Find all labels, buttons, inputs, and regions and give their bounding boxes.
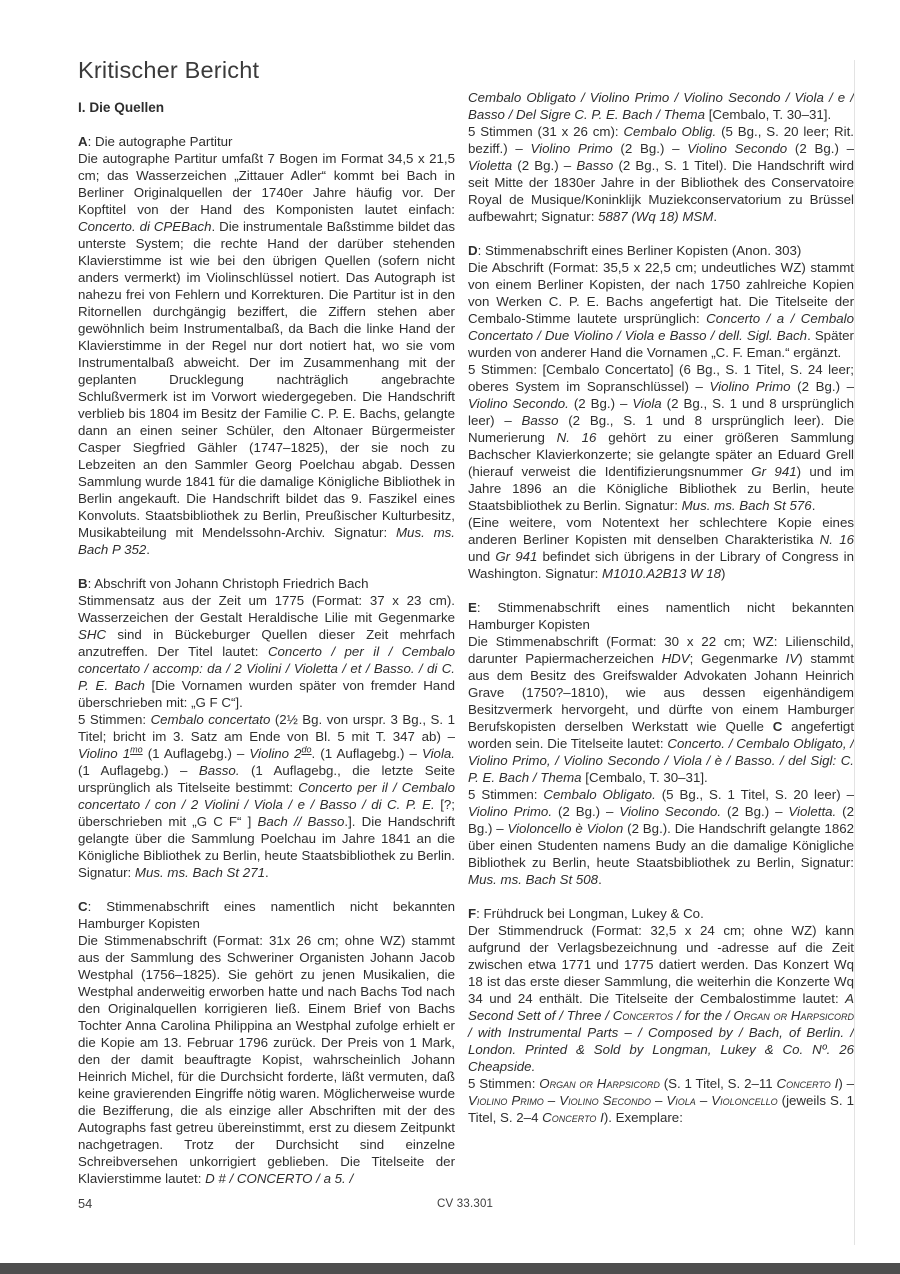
text-run: Violino Secondo. — [468, 396, 569, 411]
text-run: / for the / — [673, 1008, 733, 1023]
page-number: 54 — [78, 1196, 92, 1211]
text-run: Violino Primo — [710, 379, 791, 394]
text-run: mo — [130, 745, 143, 755]
text-run: Concerto I — [542, 1110, 604, 1125]
text-run: Basso — [576, 158, 613, 173]
text-run: Viola — [632, 396, 661, 411]
text-run: : Frühdruck bei Longman, Lukey & Co. — [476, 906, 704, 921]
text-run: Die autographe Partitur umfaßt 7 Bogen i… — [78, 151, 455, 217]
page-edge-scan-line — [854, 60, 855, 1245]
text-run: A — [78, 134, 88, 149]
text-run: Violino Secondo — [687, 141, 787, 156]
text-run: 5 Stimmen: — [468, 1076, 539, 1091]
text-run: Basso — [522, 413, 559, 428]
right-column: Cembalo Obligato / Violino Primo / Violi… — [468, 89, 854, 1126]
text-run: Violoncello è Violon — [507, 821, 623, 836]
text-run: (2 Bg.) – — [613, 141, 688, 156]
text-run: Organ or Harpsicord — [733, 1008, 854, 1023]
text-run: Violoncello — [711, 1093, 777, 1108]
text-run: Concerto. di CPEBach — [78, 219, 211, 234]
text-run: (2 Bg.) – — [512, 158, 576, 173]
text-run: Cembalo Oblig. — [623, 124, 716, 139]
right-column-blocks: Cembalo Obligato / Violino Primo / Violi… — [468, 89, 854, 1126]
text-run: N. 16 — [820, 532, 854, 547]
text-run: (2 Bg.) – — [721, 804, 788, 819]
text-run: (1 Auflagebg.) – — [143, 746, 250, 761]
source-block: F: Frühdruck bei Longman, Lukey & Co.Der… — [468, 905, 854, 1126]
text-run: C — [78, 899, 88, 914]
text-run: 5 Stimmen: — [468, 787, 543, 802]
source-block: A: Die autographe PartiturDie autographe… — [78, 133, 455, 558]
text-run: Concerto I — [777, 1076, 839, 1091]
text-run: SHC — [78, 627, 106, 642]
text-run: : Die autographe Partitur — [88, 134, 233, 149]
text-run: : Stimmenabschrift eines Berliner Kopist… — [478, 243, 802, 258]
text-run: 5 Stimmen (31 x 26 cm): — [468, 124, 623, 139]
text-run: Mus. ms. Bach St 271 — [135, 865, 265, 880]
source-block: Cembalo Obligato / Violino Primo / Violi… — [468, 89, 854, 225]
section-heading-quellen: I. Die Quellen — [78, 99, 455, 116]
text-run: (Eine weitere, vom Notentext her schlech… — [468, 515, 854, 547]
text-run: : Stimmenabschrift eines namentlich nich… — [468, 600, 854, 632]
left-column-blocks: A: Die autographe PartiturDie autographe… — [78, 133, 455, 1187]
text-run: Viola — [666, 1093, 695, 1108]
text-run: D — [468, 243, 478, 258]
text-run: (2 Bg.) – — [791, 379, 854, 394]
text-run: . (1 Auflagebg.) – — [312, 746, 422, 761]
text-run: Violino 2 — [249, 746, 301, 761]
page-title: Kritischer Bericht — [78, 56, 455, 84]
text-run: ) — [721, 566, 725, 581]
edition-number: CV 33.301 — [437, 1198, 493, 1210]
text-run: (1 Auflagebg.) – — [78, 763, 199, 778]
text-run: Der Stimmendruck (Format: 32,5 x 24 cm; … — [468, 923, 854, 1006]
text-run: Cembalo Obligato. — [543, 787, 655, 802]
text-run: Violino Primo — [468, 1093, 544, 1108]
source-block: E: Stimmenabschrift eines namentlich nic… — [468, 599, 854, 888]
text-run: F — [468, 906, 476, 921]
text-run: do — [302, 745, 312, 755]
text-run: . — [812, 498, 816, 513]
text-run: ) – — [838, 1076, 854, 1091]
text-run: Violino Secondo — [559, 1093, 651, 1108]
text-run: (2 Bg.) – — [569, 396, 633, 411]
text-run: M1010.A2B13 W 18 — [602, 566, 721, 581]
text-run: B — [78, 576, 88, 591]
text-run: : Stimmenabschrift eines namentlich nich… — [78, 899, 455, 931]
text-run: C — [773, 719, 783, 734]
source-block: D: Stimmenabschrift eines Berliner Kopis… — [468, 242, 854, 582]
text-run: : Abschrift von Johann Christoph Friedri… — [88, 576, 369, 591]
text-run: Mus. ms. Bach St 576 — [682, 498, 812, 513]
text-run: Cembalo concertato — [151, 712, 271, 727]
text-run: Mus. ms. Bach St 508 — [468, 872, 598, 887]
text-run: Bach // Basso — [257, 814, 344, 829]
text-run: Violetta — [468, 158, 512, 173]
text-run: Violetta. — [788, 804, 836, 819]
text-run: ; Gegenmarke — [690, 651, 786, 666]
text-run: [Cembalo, T. 30–31]. — [582, 770, 708, 785]
source-block: C: Stimmenabschrift eines namentlich nic… — [78, 898, 455, 1187]
text-run: Violino Primo — [531, 141, 613, 156]
text-run: / with Instrumental Parts – / Composed b… — [468, 1025, 854, 1074]
text-run: Violino 1 — [78, 746, 130, 761]
text-run: HDV — [662, 651, 690, 666]
text-run: Stimmensatz aus der Zeit um 1775 (Format… — [78, 593, 455, 625]
text-run: Gr 941 — [495, 549, 537, 564]
text-run: IV — [786, 651, 799, 666]
text-run: . — [713, 209, 717, 224]
text-run: Viola. — [422, 746, 455, 761]
text-run: Gr 941 — [751, 464, 796, 479]
text-run: 5887 (Wq 18) MSM — [598, 209, 713, 224]
bottom-scan-bar — [0, 1263, 900, 1274]
text-run: (2 Bg.) – — [552, 804, 619, 819]
text-run: . — [265, 865, 269, 880]
source-block: B: Abschrift von Johann Christoph Friedr… — [78, 575, 455, 881]
text-run: ). Exemplare: — [604, 1110, 683, 1125]
left-column: Kritischer Bericht I. Die Quellen A: Die… — [78, 56, 455, 1187]
text-run: Concertos — [613, 1008, 673, 1023]
text-run: Basso. — [199, 763, 240, 778]
text-run: . — [598, 872, 602, 887]
text-run: (5 Bg., S. 1 Titel, S. 20 leer) – — [656, 787, 854, 802]
text-run: . Die instrumentale Baßstimme bildet das… — [78, 219, 455, 540]
text-run: N. 16 — [557, 430, 597, 445]
text-run: . — [146, 542, 150, 557]
text-run: (S. 1 Titel, S. 2–11 — [660, 1076, 777, 1091]
text-run: (2 Bg.) – — [787, 141, 854, 156]
text-run: – — [696, 1093, 711, 1108]
text-run: [Cembalo, T. 30–31]. — [705, 107, 831, 122]
text-run: Organ or Harpsicord — [539, 1076, 660, 1091]
text-run: Violino Primo. — [468, 804, 552, 819]
text-run: Violino Secondo. — [619, 804, 721, 819]
document-page: Kritischer Bericht I. Die Quellen A: Die… — [0, 0, 900, 1274]
text-run: Die Stimmenabschrift (Format: 31x 26 cm;… — [78, 933, 455, 1186]
text-run: und — [468, 549, 495, 564]
text-run: – — [544, 1093, 559, 1108]
text-run: D # / CONCERTO / a 5. / — [205, 1171, 353, 1186]
text-run: – — [651, 1093, 666, 1108]
text-run: E — [468, 600, 477, 615]
text-run: 5 Stimmen: — [78, 712, 151, 727]
